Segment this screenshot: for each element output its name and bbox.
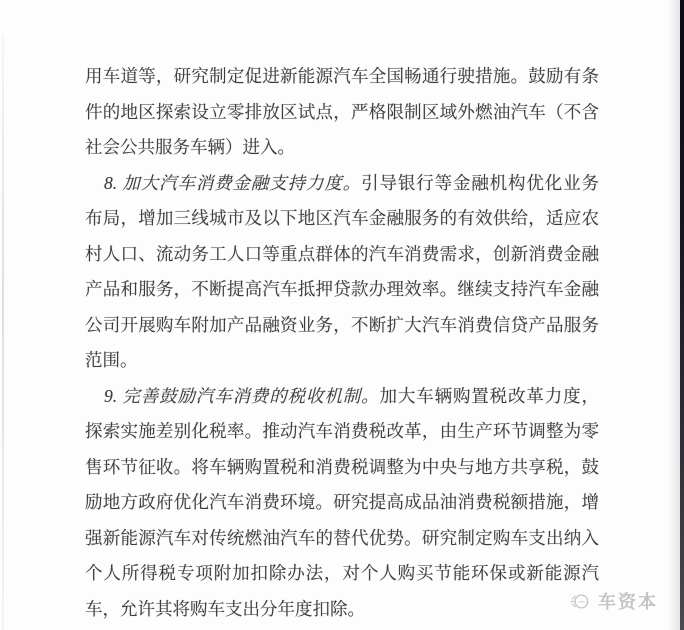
watermark: 车资本 (570, 588, 658, 614)
car-capital-logo-icon (570, 591, 591, 612)
text-line: 强新能源汽车对传统燃油汽车的替代优势。研究制定购车支出纳入 (85, 521, 599, 557)
watermark-label: 车资本 (598, 588, 658, 614)
item-9-heading: 9. 完善鼓励汽车消费的税收机制。 (104, 386, 379, 406)
scan-edge-left (2, 34, 4, 630)
item-8-heading: 8. 加大汽车消费金融支持力度。 (104, 173, 361, 193)
text-line: 件的地区探索设立零排放区试点，严格限制区域外燃油汽车（不含 (85, 95, 599, 131)
item-9-body: 加大车辆购置税改革力度， (379, 386, 599, 406)
text-line: 产品和服务，不断提高汽车抵押贷款办理效率。继续支持汽车金融 (85, 272, 599, 308)
text-line: 励地方政府优化汽车消费环境。研究提高成品油消费税额措施，增 (85, 485, 599, 521)
item-8-body: 引导银行等金融机构优化业务 (361, 173, 599, 193)
text-line: 公司开展购车附加产品融资业务，不断扩大汽车消费信贷产品服务 (85, 308, 599, 344)
document-text-block: 用车道等，研究制定促进新能源汽车全国畅通行驶措施。鼓励有条 件的地区探索设立零排… (85, 59, 599, 627)
text-line: 探索实施差别化税率。推动汽车消费税改革，由生产环节调整为零 (85, 414, 599, 450)
text-line-item-8: 8. 加大汽车消费金融支持力度。引导银行等金融机构优化业务 (85, 166, 599, 202)
text-line: 村人口、流动务工人口等重点群体的汽车消费需求，创新消费金融 (85, 237, 599, 273)
text-line: 范围。 (85, 343, 599, 379)
text-line-item-9: 9. 完善鼓励汽车消费的税收机制。加大车辆购置税改革力度， (85, 379, 599, 415)
text-line: 车，允许其将购车支出分年度扣除。 (85, 592, 599, 628)
scanned-document-page: 用车道等，研究制定促进新能源汽车全国畅通行驶措施。鼓励有条 件的地区探索设立零排… (0, 0, 684, 630)
scan-edge-right-shade (668, 0, 680, 630)
text-line: 社会公共服务车辆）进入。 (85, 130, 599, 166)
scan-edge-right-line (680, 0, 684, 630)
text-line: 布局，增加三线城市及以下地区汽车金融服务的有效供给，适应农 (85, 201, 599, 237)
text-line: 用车道等，研究制定促进新能源汽车全国畅通行驶措施。鼓励有条 (85, 59, 599, 95)
text-line: 售环节征收。将车辆购置税和消费税调整为中央与地方共享税，鼓 (85, 450, 599, 486)
text-line: 个人所得税专项附加扣除办法，对个人购买节能环保或新能源汽 (85, 556, 599, 592)
